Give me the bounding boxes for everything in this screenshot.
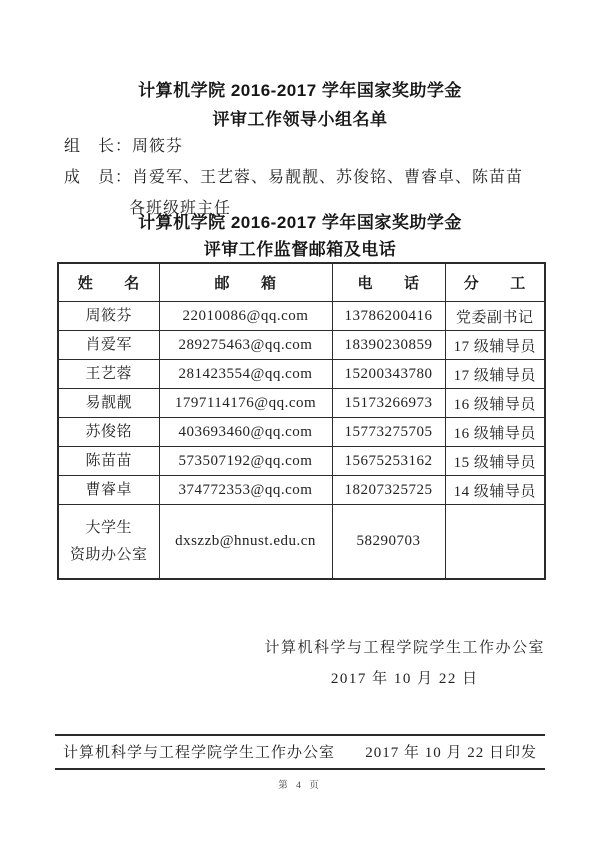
page-number: 第 4 页: [55, 777, 545, 791]
email-cell: 403693460@qq.com: [159, 418, 332, 447]
name-cell: 周筱芬: [58, 302, 159, 331]
members-row: 成 员： 肖爱军、王艺蓉、易靓靓、苏俊铭、曹睿卓、陈苗苗: [64, 162, 550, 193]
role-cell: [445, 505, 545, 580]
role-cell: 16 级辅导员: [445, 418, 545, 447]
table-row: 周筱芬 22010086@qq.com 13786200416 党委副书记: [58, 302, 545, 331]
name-cell: 易靓靓: [58, 389, 159, 418]
name-cell: 陈苗苗: [58, 447, 159, 476]
supervision-title: 计算机学院 2016-2017 学年国家奖助学金 评审工作监督邮箱及电话: [0, 209, 600, 263]
email-cell: 289275463@qq.com: [159, 331, 332, 360]
email-cell: 374772353@qq.com: [159, 476, 332, 505]
table-row: 曹睿卓 374772353@qq.com 18207325725 14 级辅导员: [58, 476, 545, 505]
header-phone: 电 话: [332, 263, 445, 302]
phone-cell: 15675253162: [332, 447, 445, 476]
supervision-title-line1: 计算机学院 2016-2017 学年国家奖助学金: [0, 209, 600, 236]
email-cell: dxszzb@hnust.edu.cn: [159, 505, 332, 580]
email-cell: 1797114176@qq.com: [159, 389, 332, 418]
leading-group-title-line1: 计算机学院 2016-2017 学年国家奖助学金: [0, 76, 600, 105]
phone-cell: 15773275705: [332, 418, 445, 447]
role-cell: 党委副书记: [445, 302, 545, 331]
table-row: 易靓靓 1797114176@qq.com 15173266973 16 级辅导…: [58, 389, 545, 418]
header-name: 姓 名: [58, 263, 159, 302]
email-cell: 22010086@qq.com: [159, 302, 332, 331]
role-cell: 17 级辅导员: [445, 360, 545, 389]
document-page: 计算机学院 2016-2017 学年国家奖助学金 评审工作领导小组名单 组 长：…: [0, 0, 600, 848]
table-row: 大学生 资助办公室 dxszzb@hnust.edu.cn 58290703: [58, 505, 545, 580]
table-header-row: 姓 名 邮 箱 电 话 分 工: [58, 263, 545, 302]
phone-cell: 15173266973: [332, 389, 445, 418]
members-names: 肖爱军、王艺蓉、易靓靓、苏俊铭、曹睿卓、陈苗苗: [132, 162, 550, 193]
table-row: 陈苗苗 573507192@qq.com 15675253162 15 级辅导员: [58, 447, 545, 476]
supervision-title-line2: 评审工作监督邮箱及电话: [0, 236, 600, 263]
phone-cell: 18390230859: [332, 331, 445, 360]
footer-issue-line: 计算机科学与工程学院学生工作办公室 2017 年 10 月 22 日印发: [55, 736, 545, 770]
email-cell: 281423554@qq.com: [159, 360, 332, 389]
name-cell: 王艺蓉: [58, 360, 159, 389]
name-cell: 大学生 资助办公室: [58, 505, 159, 580]
document-footer: 计算机科学与工程学院学生工作办公室 2017 年 10 月 22 日印发 第 4…: [55, 734, 545, 791]
role-cell: 14 级辅导员: [445, 476, 545, 505]
phone-cell: 13786200416: [332, 302, 445, 331]
footer-issuer: 计算机科学与工程学院学生工作办公室: [63, 741, 335, 762]
phone-cell: 18207325725: [332, 476, 445, 505]
leading-group-title-line2: 评审工作领导小组名单: [0, 105, 600, 134]
role-cell: 17 级辅导员: [445, 331, 545, 360]
name-cell: 曹睿卓: [58, 476, 159, 505]
members-label: 成 员：: [64, 162, 132, 193]
signature-office: 计算机科学与工程学院学生工作办公室: [264, 633, 545, 664]
leader-label: 组 长：: [64, 131, 132, 162]
email-cell: 573507192@qq.com: [159, 447, 332, 476]
signature-date: 2017 年 10 月 22 日: [264, 664, 545, 695]
phone-cell: 15200343780: [332, 360, 445, 389]
leader-name: 周筱芬: [132, 131, 550, 162]
phone-cell: 58290703: [332, 505, 445, 580]
name-cell: 肖爱军: [58, 331, 159, 360]
leading-group-title: 计算机学院 2016-2017 学年国家奖助学金 评审工作领导小组名单: [0, 76, 600, 134]
leader-row: 组 长： 周筱芬: [64, 131, 550, 162]
role-cell: 15 级辅导员: [445, 447, 545, 476]
table-row: 肖爱军 289275463@qq.com 18390230859 17 级辅导员: [58, 331, 545, 360]
role-cell: 16 级辅导员: [445, 389, 545, 418]
signature-block: 计算机科学与工程学院学生工作办公室 2017 年 10 月 22 日: [264, 633, 545, 695]
header-email: 邮 箱: [159, 263, 332, 302]
table-row: 王艺蓉 281423554@qq.com 15200343780 17 级辅导员: [58, 360, 545, 389]
contact-table: 姓 名 邮 箱 电 话 分 工 周筱芬 22010086@qq.com 1378…: [57, 262, 546, 580]
footer-issue-date: 2017 年 10 月 22 日印发: [365, 741, 537, 762]
table-row: 苏俊铭 403693460@qq.com 15773275705 16 级辅导员: [58, 418, 545, 447]
header-role: 分 工: [445, 263, 545, 302]
name-cell: 苏俊铭: [58, 418, 159, 447]
